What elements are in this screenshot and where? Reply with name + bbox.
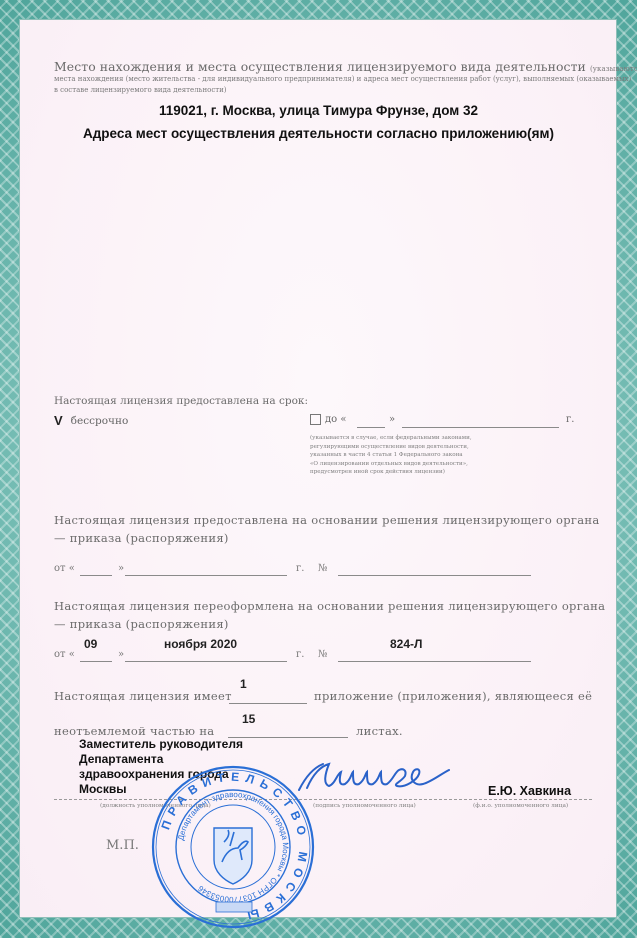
appendix-count-value: 1 [240, 677, 247, 691]
note-line: (указывается в случае, если федеральными… [310, 434, 472, 443]
signature-scribble-icon [295, 760, 455, 795]
granted-month-year-field[interactable] [125, 575, 287, 576]
caption-name: (ф.и.о. уполномоченного лица) [473, 802, 568, 811]
term-label: Настоящая лицензия предоставлена на срок… [54, 395, 308, 407]
reissued-from-label: от « [54, 649, 75, 660]
reissued-month-year-value: ноября 2020 [164, 637, 237, 651]
seal-label: М.П. [106, 838, 139, 853]
term-until-option[interactable]: до « [310, 414, 346, 425]
term-unlimited-option[interactable]: V бессрочно [54, 413, 128, 428]
position-line: Заместитель руководителя [79, 737, 243, 752]
check-mark-icon: V [54, 413, 63, 428]
term-unlimited-label: бессрочно [71, 415, 129, 427]
section-title-note: (указываются адрес [590, 65, 637, 73]
reissued-month-year-field[interactable] [125, 661, 287, 662]
caption-signature: (подпись уполномоченного лица) [313, 802, 416, 811]
section-title: Место нахождения и места осуществления л… [54, 59, 637, 75]
section-title-text: Место нахождения и места осуществления л… [54, 59, 586, 74]
granted-line1: Настоящая лицензия предоставлена на осно… [54, 513, 599, 527]
appendix-sheets-field[interactable] [228, 737, 348, 738]
reissued-day-value: 09 [84, 637, 97, 651]
appendix-line2-suffix: листах. [356, 724, 403, 738]
reissued-number-value: 824-Л [390, 637, 422, 651]
appendix-line2-prefix: неотъемлемой частью на [54, 724, 214, 738]
reissued-number-field[interactable] [338, 661, 531, 662]
granted-close-quote: » [118, 563, 124, 574]
reissued-year-suffix: г. [296, 649, 304, 660]
section-note-line2: места нахождения (место жительства - для… [54, 74, 631, 85]
granted-line2: — приказа (распоряжения) [54, 531, 229, 545]
reissued-close-quote: » [118, 649, 124, 660]
addresses-note: Адреса мест осуществления деятельности с… [0, 126, 637, 141]
appendix-sheets-value: 15 [242, 712, 255, 726]
term-until-label: до « [325, 414, 346, 425]
official-seal-icon: ПРАВИТЕЛЬСТВО МОСКВЫ Департамент здравоо… [148, 762, 318, 932]
granted-from-label: от « [54, 563, 75, 574]
appendix-line1-prefix: Настоящая лицензия имеет [54, 689, 232, 703]
note-line: «О лицензировании отдельных видов деятел… [310, 460, 472, 469]
reissued-line1: Настоящая лицензия переоформлена на осно… [54, 599, 605, 613]
term-day-field[interactable] [357, 427, 385, 428]
appendix-count-field[interactable] [229, 703, 307, 704]
term-month-year-field[interactable] [402, 427, 559, 428]
reissued-day-field[interactable] [80, 661, 112, 662]
granted-number-field[interactable] [338, 575, 531, 576]
main-address: 119021, г. Москва, улица Тимура Фрунзе, … [0, 103, 637, 118]
term-year-suffix: г. [566, 414, 574, 425]
signature-line [54, 799, 592, 800]
appendix-line1-suffix: приложение (приложения), являющееся её [314, 689, 592, 703]
signatory-name: Е.Ю. Хавкина [488, 784, 571, 798]
checkbox-empty-icon[interactable] [310, 414, 321, 425]
note-line: указанных в части 4 статьи 1 Федеральног… [310, 451, 472, 460]
term-close-quote: » [389, 414, 395, 425]
reissued-number-label: № [318, 649, 327, 660]
note-line: предусмотрен иной срок действия лицензии… [310, 468, 472, 477]
term-until-note: (указывается в случае, если федеральными… [310, 434, 472, 477]
section-note-line3: в составе лицензируемого вида деятельнос… [54, 85, 227, 96]
granted-number-label: № [318, 563, 327, 574]
granted-year-suffix: г. [296, 563, 304, 574]
reissued-line2: — приказа (распоряжения) [54, 617, 229, 631]
note-line: регулирующими осуществление видов деятел… [310, 443, 472, 452]
granted-day-field[interactable] [80, 575, 112, 576]
